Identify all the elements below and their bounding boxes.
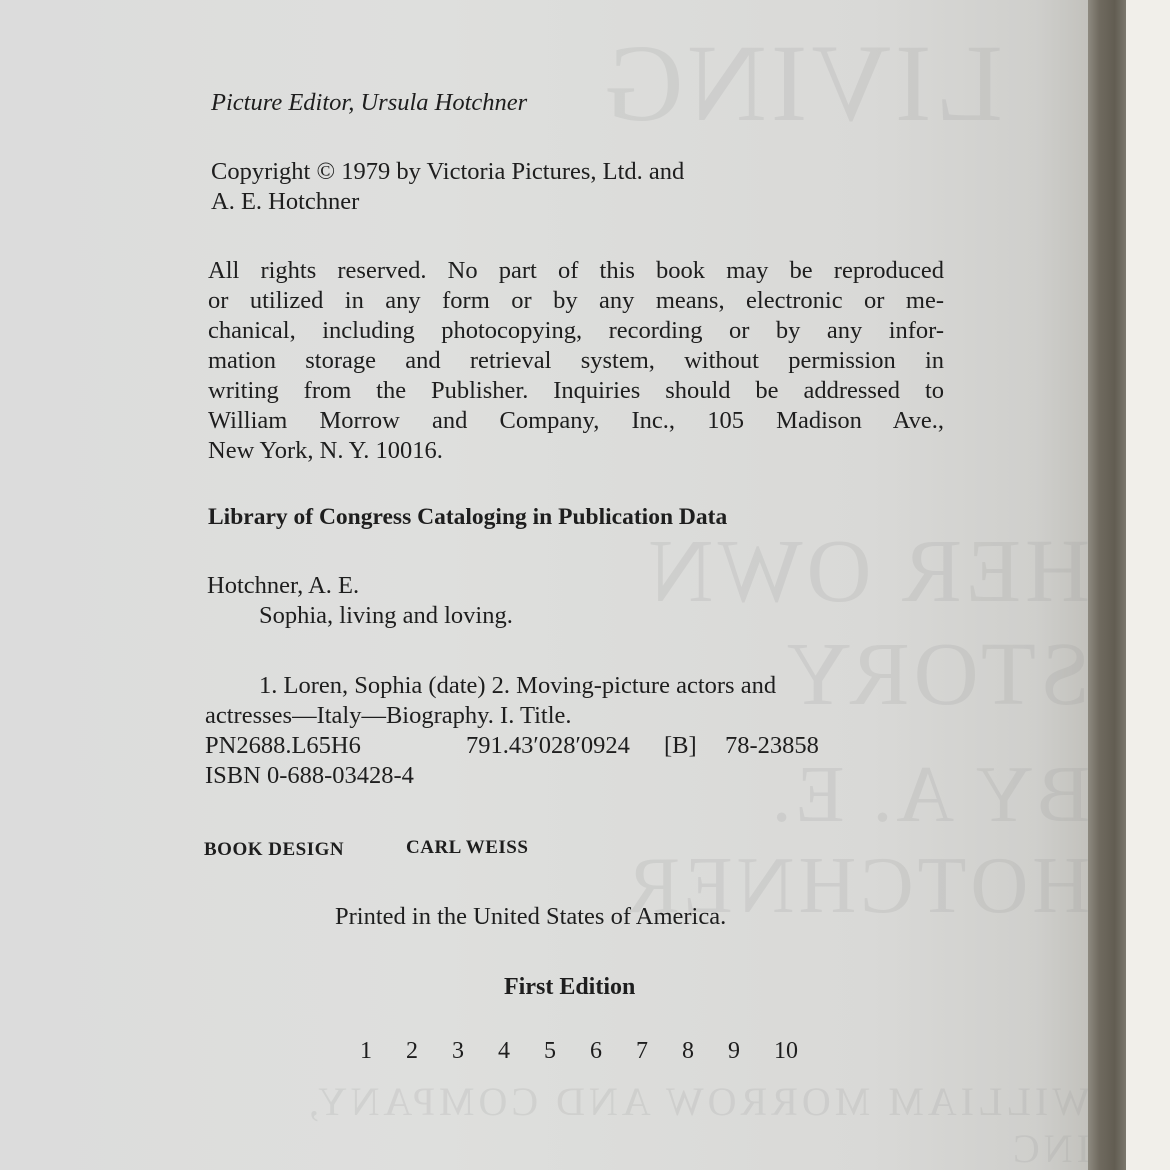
- printing-line: 1 2 3 4 5 6 7 8 9 10: [360, 1038, 820, 1065]
- printing-number: 2: [406, 1038, 452, 1065]
- bleed-through-text: LIVING: [600, 20, 1003, 147]
- picture-editor-credit: Picture Editor, Ursula Hotchner: [211, 88, 527, 118]
- printed-in: Printed in the United States of America.: [335, 902, 726, 932]
- printing-number: 4: [498, 1038, 544, 1065]
- printing-number: 8: [682, 1038, 728, 1065]
- printing-number: 9: [728, 1038, 774, 1065]
- cip-call-number: PN2688.L65H6: [205, 731, 361, 761]
- rights-line: writing from the Publisher. Inquiries sh…: [208, 376, 944, 406]
- page-edge-shadow: [1088, 0, 1126, 1170]
- printing-number: 3: [452, 1038, 498, 1065]
- copyright-line-1: Copyright © 1979 by Victoria Pictures, L…: [211, 157, 684, 187]
- rights-line: All rights reserved. No part of this boo…: [208, 256, 944, 286]
- cip-subjects-line-1: 1. Loren, Sophia (date) 2. Moving-pictur…: [259, 671, 776, 701]
- printing-number: 7: [636, 1038, 682, 1065]
- cip-title: Sophia, living and loving.: [259, 601, 513, 631]
- cip-heading: Library of Congress Cataloging in Public…: [208, 502, 727, 532]
- rights-line: New York, N. Y. 10016.: [208, 436, 944, 466]
- cip-author: Hotchner, A. E.: [207, 571, 359, 601]
- book-design-label: BOOK DESIGN: [204, 835, 344, 865]
- printing-number: 6: [590, 1038, 636, 1065]
- rights-line: or utilized in any form or by any means,…: [208, 286, 944, 316]
- rights-line: mation storage and retrieval system, wit…: [208, 346, 944, 376]
- rights-line: chanical, including photocopying, record…: [208, 316, 944, 346]
- cip-dewey: 791.43′028′0924: [466, 731, 630, 761]
- background-surface: [1126, 0, 1170, 1170]
- printing-number: 1: [360, 1038, 406, 1065]
- bleed-through-text: WILLIAM MORROW AND COMPANY, INC: [290, 1078, 1090, 1170]
- edition: First Edition: [504, 972, 635, 1002]
- cip-isbn: ISBN 0-688-03428-4: [205, 761, 414, 791]
- cip-subjects-line-2: actresses—Italy—Biography. I. Title.: [205, 701, 572, 731]
- rights-line: William Morrow and Company, Inc., 105 Ma…: [208, 406, 944, 436]
- book-designer-name: CARL WEISS: [406, 833, 528, 863]
- rights-paragraph: All rights reserved. No part of this boo…: [208, 256, 944, 466]
- printing-number: 5: [544, 1038, 590, 1065]
- cip-bracket: [B]: [664, 731, 697, 761]
- copyright-line-2: A. E. Hotchner: [211, 187, 359, 217]
- printing-number: 10: [774, 1038, 820, 1065]
- cip-lccn: 78-23858: [725, 731, 819, 761]
- book-page: LIVING HER OWN STORY BY A. E. HOTCHNER W…: [0, 0, 1090, 1170]
